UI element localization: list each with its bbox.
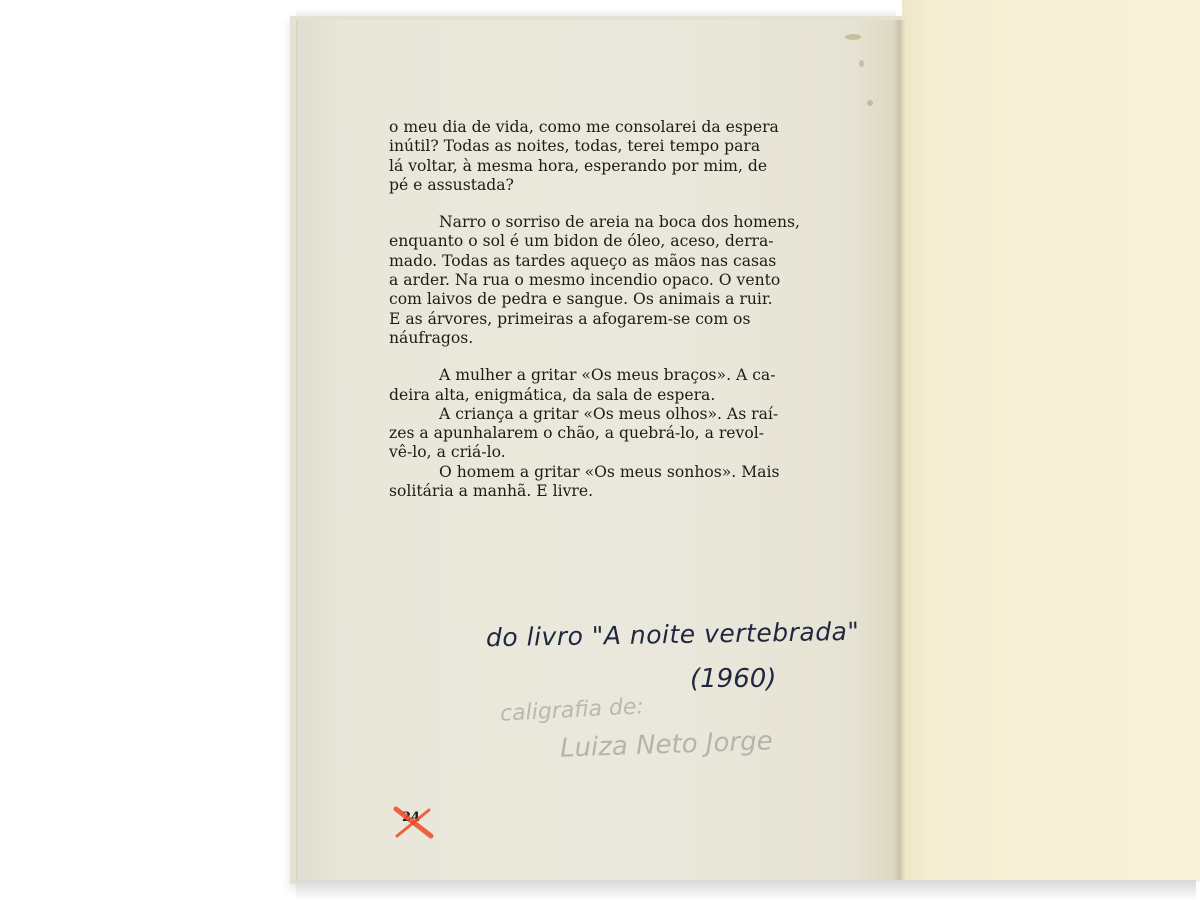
text-line: A criança a gritar «Os meus olhos». As r… [389,405,852,424]
printed-text: o meu dia de vida, como me consolarei da… [389,118,852,519]
paragraph-3: A mulher a gritar «Os meus braços». A ca… [389,366,852,405]
paragraph-2: Narro o sorriso de areia na boca dos hom… [389,213,852,348]
red-cross-icon [393,806,435,840]
text-line: inútil? Todas as noites, todas, terei te… [389,137,852,156]
text-line: zes a apunhalarem o chão, a quebrá-lo, a… [389,424,852,443]
text-line: lá voltar, à mesma hora, esperando por m… [389,157,852,176]
text-line: deira alta, enigmática, da sala de esper… [389,386,852,405]
stain [867,100,873,106]
paragraph-4: A criança a gritar «Os meus olhos». As r… [389,405,852,463]
text-line: O homem a gritar «Os meus sonhos». Mais [389,463,852,482]
text-line: A mulher a gritar «Os meus braços». A ca… [389,366,852,385]
text-line: vê-lo, a criá-lo. [389,443,852,462]
stain [845,34,861,40]
text-line: pé e assustada? [389,176,852,195]
text-line: E as árvores, primeiras a afogarem-se co… [389,310,852,329]
paragraph-5: O homem a gritar «Os meus sonhos». Mais … [389,463,852,502]
stain [859,60,864,67]
bottom-shadow [296,880,1196,900]
text-line: náufragos. [389,329,852,348]
text-line: a arder. Na rua o mesmo incendio opaco. … [389,271,852,290]
book-gutter [893,20,905,882]
text-line: com laivos de pedra e sangue. Os animais… [389,290,852,309]
text-line: o meu dia de vida, como me consolarei da… [389,118,852,137]
paragraph-1: o meu dia de vida, como me consolarei da… [389,118,852,195]
text-line: enquanto o sol é um bidon de óleo, aceso… [389,232,852,251]
text-line: solitária a manhã. E livre. [389,482,852,501]
right-page [902,0,1200,882]
text-line: mado. Todas as tardes aqueço as mãos nas… [389,252,852,271]
text-line: Narro o sorriso de areia na boca dos hom… [389,213,852,232]
handwritten-note-year: (1960) [690,664,776,694]
